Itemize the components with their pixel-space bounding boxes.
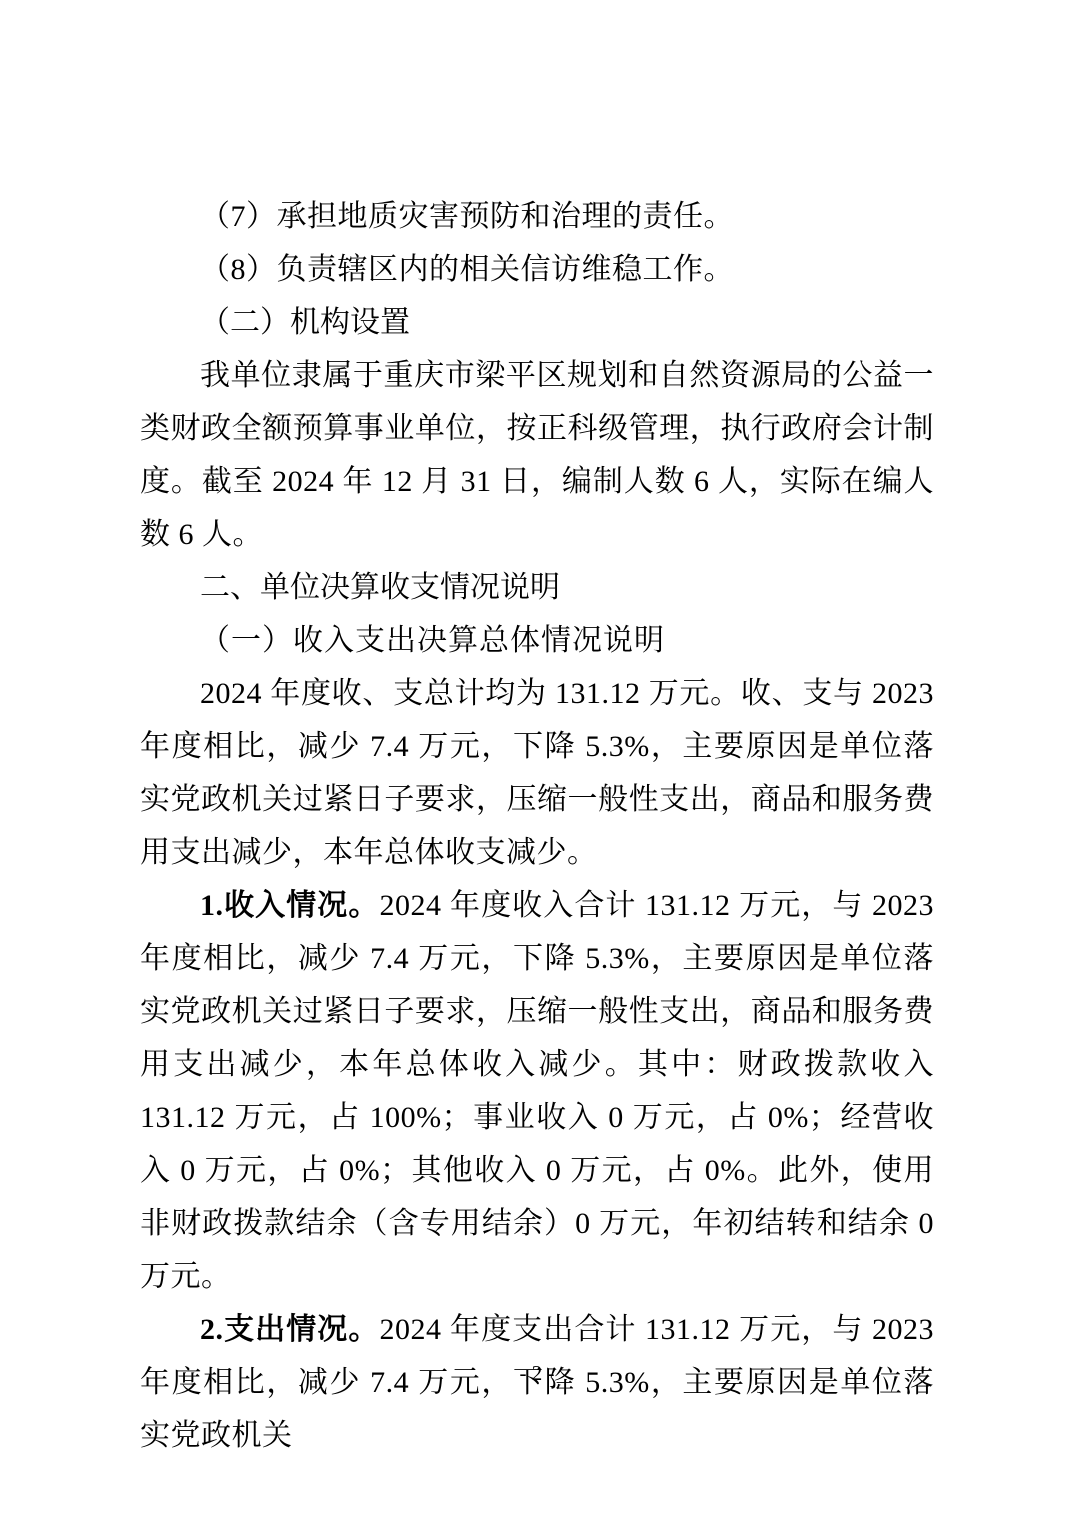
paragraph-budget-overview: 2024 年度收、支总计均为 131.12 万元。收、支与 2023 年度相比，… xyxy=(140,667,934,879)
page-footer: - 2 - xyxy=(0,1358,1074,1388)
income-lead-label: 1.收入情况。 xyxy=(200,889,379,922)
heading-org-setup: （二）机构设置 xyxy=(140,296,934,349)
income-body-text: 2024 年度收入合计 131.12 万元，与 2023 年度相比，减少 7.4… xyxy=(140,889,934,1293)
paragraph-income: 1.收入情况。2024 年度收入合计 131.12 万元，与 2023 年度相比… xyxy=(140,879,934,1303)
document-page: （7）承担地质灾害预防和治理的责任。 （8）负责辖区内的相关信访维稳工作。 （二… xyxy=(0,0,1074,1520)
page-number: - 2 - xyxy=(520,1361,555,1385)
paragraph-duty-item-7: （7）承担地质灾害预防和治理的责任。 xyxy=(140,190,934,243)
heading-subsection-1: （一）收入支出决算总体情况说明 xyxy=(140,614,934,667)
paragraph-duty-item-8: （8）负责辖区内的相关信访维稳工作。 xyxy=(140,243,934,296)
paragraph-org-setup: 我单位隶属于重庆市梁平区规划和自然资源局的公益一类财政全额预算事业单位，按正科级… xyxy=(140,349,934,561)
expenditure-lead-label: 2.支出情况。 xyxy=(200,1313,379,1346)
document-content: （7）承担地质灾害预防和治理的责任。 （8）负责辖区内的相关信访维稳工作。 （二… xyxy=(140,190,934,1462)
heading-section-2: 二、单位决算收支情况说明 xyxy=(140,561,934,614)
